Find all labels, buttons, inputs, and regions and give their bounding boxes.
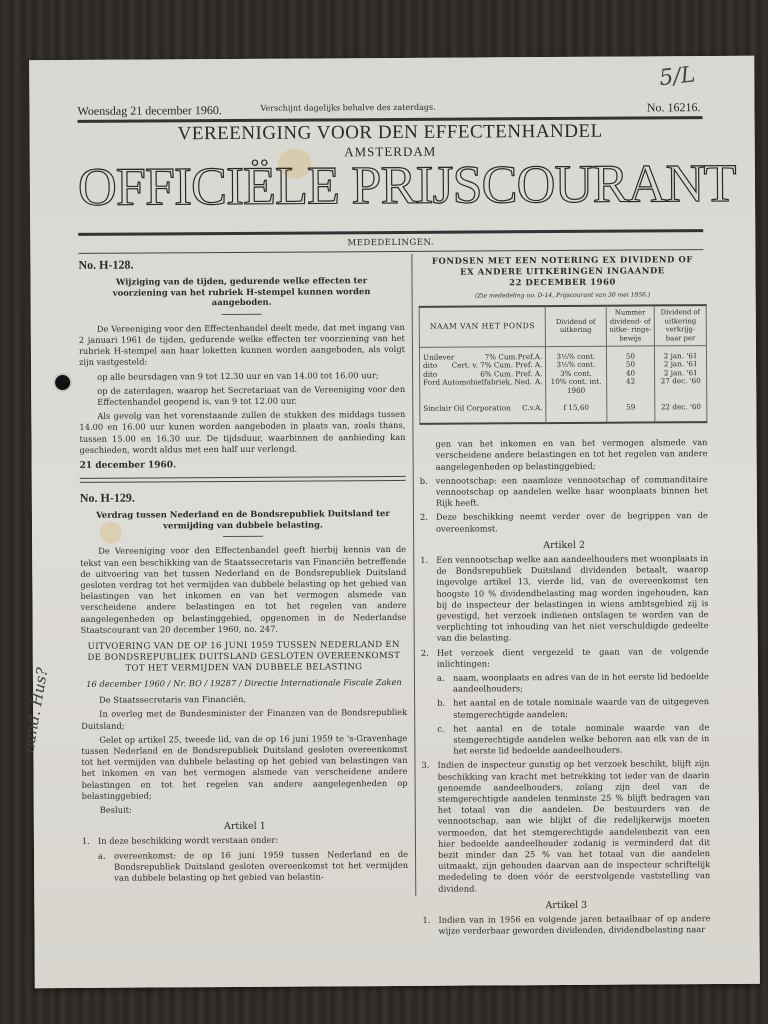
box-date: 22 DECEMBER 1960 [419,276,707,289]
coupon-number: 42 [606,378,655,395]
box-title: EX ANDERE UITKERINGEN INGAANDE [418,265,706,278]
punch-hole [55,375,70,390]
list-item: 2. Deze beschikking neemt verder over de… [420,510,708,534]
column-header: Dividend of uitkering [545,306,606,346]
dividend-amount: 10% cont. int. 1960 [546,378,606,396]
paragraph: De Staatssecretaris van Financiën, [81,693,407,706]
newspaper-page: aand. Hus? 5/L Woensdag 21 december 1960… [29,56,760,988]
payable-date: 22 dec. '60 [655,395,707,423]
coupon-number: 50 [606,345,655,360]
dividend-amount: 3½% cont. [546,346,606,361]
list-item: b. vennootschap: een naamloze vennootsch… [420,474,708,509]
issue-number: No. 16216. [647,100,701,115]
right-column: FONDSEN MET EEN NOTERING EX DIVIDEND OF … [418,254,710,940]
article-title: Artikel 1 [82,820,408,833]
payable-date: 27 dec. '60 [655,377,707,395]
fund-name: Sinclair Oil CorporationC.v.A. [420,396,546,424]
table-row: Sinclair Oil CorporationC.v.A.f 15,60592… [420,395,707,424]
ex-dividend-table: NAAM VAN HET PONDS Dividend of uitkering… [419,304,708,425]
dividend-amount: f 15,60 [546,395,606,423]
list-item: 3. Indien de inspecteur gunstig op het v… [421,759,710,895]
issue-date: Woensdag 21 december 1960. [77,103,221,119]
paragraph: In overleg met de Bundesminister der Fin… [81,707,407,731]
article-title: Artikel 2 [420,539,708,552]
notice-number: No. H-128. [78,258,404,271]
list-item: b. het aantal en de totale nominale waar… [421,696,709,720]
list-item: 1. Een vennootschap welke aan aandeelhou… [420,553,709,644]
handwritten-margin-note: aand. Hus? [19,666,51,753]
divider [78,249,703,254]
divider [222,314,262,315]
dateline: Woensdag 21 december 1960. Verschijnt da… [77,100,702,104]
decree-reference: 16 december 1960 / Nr. BO / 19287 / Dire… [81,677,407,690]
paragraph: De Vereeniging voor den Effectenhandel d… [79,322,405,369]
list-item: 2. Het verzoek dient vergezeld te gaan v… [421,646,709,670]
notice-title: Verdrag tussen Nederland en de Bondsrepu… [90,508,396,531]
paragraph: Besluit: [82,803,408,816]
ex-dividend-box: FONDSEN MET EEN NOTERING EX DIVIDEND OF … [418,254,707,425]
notice-date: 21 december 1960. [80,459,406,472]
paragraph: De Vereeniging voor den Effectenhandel g… [80,544,407,636]
box-note: (Zie mededeling no. D-14, Prijscourant v… [419,289,707,302]
list-item: a. naam, woonplaats en adres van de in h… [421,671,709,695]
publication-frequency: Verschijnt dagelijks behalve des zaterda… [260,103,435,113]
paragraph: gen van het inkomen en van het vermogen … [419,437,707,472]
divider [78,229,703,236]
paragraph: Als gevolg van het vorenstaande zullen d… [79,409,405,456]
left-column: No. H-128. Wijziging van de tijden, gedu… [78,258,408,887]
paragraph: op alle beursdagen van 9 tot 12.30 uur e… [79,369,405,382]
column-header: Dividend of uitkering verkrijg- baar per [654,305,706,345]
section-title: MEDEDELINGEN. [78,236,703,250]
notice-number: No. H-129. [80,491,406,504]
divider [80,476,406,483]
column-header: Nummer dividend- of uitke- rings- bewijs [606,306,655,346]
handwritten-annotation: 5/L [658,62,697,91]
article-title: Artikel 3 [422,899,710,912]
notice-title: Wijziging van de tijden, gedurende welke… [88,275,394,308]
masthead-title: OFFICIËLE PRIJSCOURANT [78,152,703,218]
decree-heading: UITVOERING VAN DE OP 16 JUNI 1959 TUSSEN… [85,640,403,675]
paragraph: op de zaterdagen, waarop het Secretariaa… [79,384,405,408]
payable-date: 2 jan. '61 [655,345,707,360]
list-item: 1. In deze beschikking wordt verstaan on… [82,834,408,847]
table-row: Ford Automobielfabriek, Ned.A.10% cont. … [420,377,707,396]
list-item: c. het aantal en de totale nominale waar… [421,722,709,757]
column-header: NAAM VAN HET PONDS [419,306,546,347]
column-divider [411,254,416,896]
coupon-number: 59 [606,395,655,423]
list-item: a. overeenkomst: de op 16 juni 1959 tuss… [82,849,408,885]
list-item: 1. Indien van in 1956 en volgende jaren … [422,913,710,937]
fund-name: Ford Automobielfabriek, Ned.A. [420,378,546,396]
paragraph: Gelet op artikel 25, tweede lid, van de … [81,733,407,802]
divider [223,536,263,537]
